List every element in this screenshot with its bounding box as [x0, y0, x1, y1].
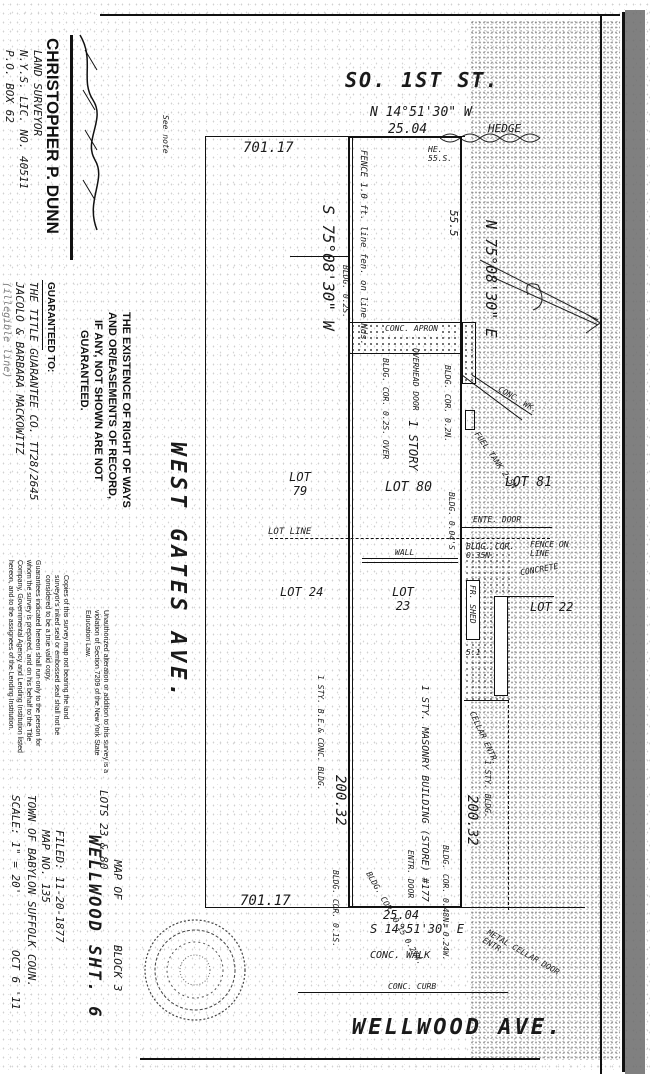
metal-door-label: METAL CELLAR DOOR ENTR. — [481, 928, 568, 989]
overhead-door-note: OVERHEAD DOOR — [411, 348, 420, 411]
sheet-top-edge — [100, 14, 620, 16]
disclaimer-line: AND OR/EASEMENTS OF RECORD, — [106, 312, 118, 499]
guarantee-rule — [42, 280, 43, 350]
surveyor-name: CHRISTOPHER P. DUNN — [42, 38, 62, 234]
west-lot-line — [205, 136, 206, 908]
fine-print-1: Unauthorized alteration or addition to t… — [83, 610, 110, 780]
surveyor-signature-icon — [75, 30, 105, 240]
north-arrow-icon — [478, 255, 608, 335]
building-wall-west — [352, 136, 353, 908]
fine-print-3: Guarantees indicated hereon shall run on… — [6, 560, 42, 760]
bldg-ws-note: BLDG. 0.2S. — [341, 265, 350, 318]
one-story-label: 1 STORY — [406, 420, 420, 471]
fuel-tank — [465, 410, 475, 430]
entr-door-label: ENTR. DOOR — [406, 850, 415, 898]
street-so-1st-st: SO. 1ST ST. — [345, 68, 499, 92]
bldg-cor-note-2: BLDG. COR. 0.2N. — [443, 365, 452, 442]
one-sty-bldg-label: 1 STY. BLDG. — [483, 760, 492, 818]
cellar-entr-label: CELLAR ENTR. — [468, 710, 501, 766]
guarantee-extra: (illegible line) — [1, 282, 12, 378]
disclaimer-line: IF ANY, NOT SHOWN ARE NOT — [92, 320, 104, 481]
lot-81-label: LOT 81 — [505, 475, 552, 490]
south-distance: 25.04 — [383, 908, 419, 922]
map-date: OCT 6 '11 — [9, 950, 22, 1010]
lot-22-label: LOT 22 — [530, 600, 573, 614]
surveyor-title: LAND SURVEYOR — [31, 50, 44, 136]
fence-note: FENCE 1.0 ft. line fen. on line Nds. — [358, 150, 368, 345]
west-bearing: S 75°08'30" W — [319, 205, 338, 330]
east-length: 200.32 — [464, 795, 480, 846]
sheet-bottom-edge — [140, 1058, 540, 1060]
map-scale: SCALE: 1" = 20' — [9, 795, 22, 894]
title-block-rule — [70, 35, 73, 260]
north-distance: 25.04 — [388, 122, 427, 137]
guarantee-heading: GUARANTEED TO: — [45, 282, 56, 372]
map-number: MAP NO. 135 — [39, 830, 52, 903]
dashed-lot-line-east — [508, 700, 509, 910]
map-filed: FILED: 11-20-1877 — [53, 830, 66, 943]
cellar-line — [464, 700, 508, 701]
narrow-structure — [494, 596, 508, 696]
conc-apron-label: CONC. APRON — [385, 324, 438, 333]
fine-print-2: Copies of this survey map not bearing th… — [43, 575, 70, 745]
north-bearing: N 14°51'30" W — [370, 105, 472, 120]
sheet-right-edge — [600, 14, 602, 1074]
lot-line-dashed — [270, 538, 550, 539]
ente-door-label: ENTE. DOOR — [473, 515, 521, 524]
walk-texture — [463, 323, 475, 383]
map-block: BLOCK 3 — [111, 945, 124, 991]
concrete-label: CONCRETE — [520, 562, 560, 578]
surveyor-address: P.O. BOX 62 — [3, 50, 16, 123]
south-bearing: S 14°51'30" E — [370, 922, 464, 936]
lot-22-line — [494, 596, 554, 597]
surveyor-license: N.Y.S. LIC. NO. 40511 — [17, 50, 30, 189]
guarantee-owners: JACOLO & BARBARA MACKOWITZ — [13, 282, 26, 454]
top-distance: 701.17 — [243, 140, 294, 156]
fr-shed-label: FR. SHED — [468, 585, 477, 624]
wall — [362, 558, 458, 563]
map-subdivision: WELLWOOD SHT. 6 — [84, 835, 104, 1019]
one-sty-bed-label: 1 STY. B.E.& CONC. BLDG. — [316, 675, 325, 791]
lot-24-label: LOT 24 — [280, 585, 323, 599]
guarantee-company: THE TITLE GUARANTEE CO. TT28/2645 — [27, 282, 40, 501]
street-wellwood-ave: WELLWOOD AVE. — [352, 1015, 563, 1040]
shed-dim: 5.1 — [466, 648, 480, 657]
bldg-01-note: BLDG. COR. 0.1S. — [331, 870, 340, 947]
surveyor-seal-icon — [140, 915, 250, 1025]
bldg-004-note: BLDG. 0.04'S — [447, 492, 456, 550]
disclaimer-line: GUARANTEED. — [78, 330, 90, 411]
lot-79-label: LOT 79 — [285, 470, 315, 498]
side-note: See note — [161, 115, 170, 154]
disclaimer-line: THE EXISTENCE OF RIGHT OF WAYS — [119, 312, 132, 508]
scan-dark-margin — [625, 10, 645, 1074]
conc-curb-label: CONC. CURB — [388, 982, 436, 991]
street-west-gates-ave: WEST GATES AVE. — [165, 442, 190, 701]
door-leader-line — [462, 527, 552, 528]
map-town: TOWN OF BABYLON SUFFOLK COUN. — [25, 795, 38, 987]
fence-on-line-label: FENCE ON LINE — [530, 540, 590, 558]
conc-walk-label-south: CONC. WALK — [370, 950, 430, 961]
masonry-building-label: 1 STY. MASONRY BUILDING (STORE) #177 — [419, 685, 430, 885]
conc-curb-line — [298, 992, 508, 993]
disclaimer: THE EXISTENCE OF RIGHT OF WAYS — [119, 312, 132, 508]
wall-label: WALL — [395, 548, 414, 557]
lot-line-label: LOT LINE — [268, 527, 311, 537]
lot-80-label: LOT 80 — [385, 480, 432, 495]
west-length: 200.32 — [332, 775, 348, 826]
lot-23-label: LOT 23 — [388, 585, 418, 613]
bldg-cor-note-1: BLDG. COR. 0.2S. OVER — [381, 358, 390, 459]
map-of: MAP OF — [111, 860, 124, 900]
bottom-distance: 701.17 — [240, 893, 291, 909]
east-upper-dim: 55.5 — [447, 210, 460, 237]
bldg-cor-048-label: BLDG. COR. 0.48N. 0.24W. — [441, 845, 450, 961]
